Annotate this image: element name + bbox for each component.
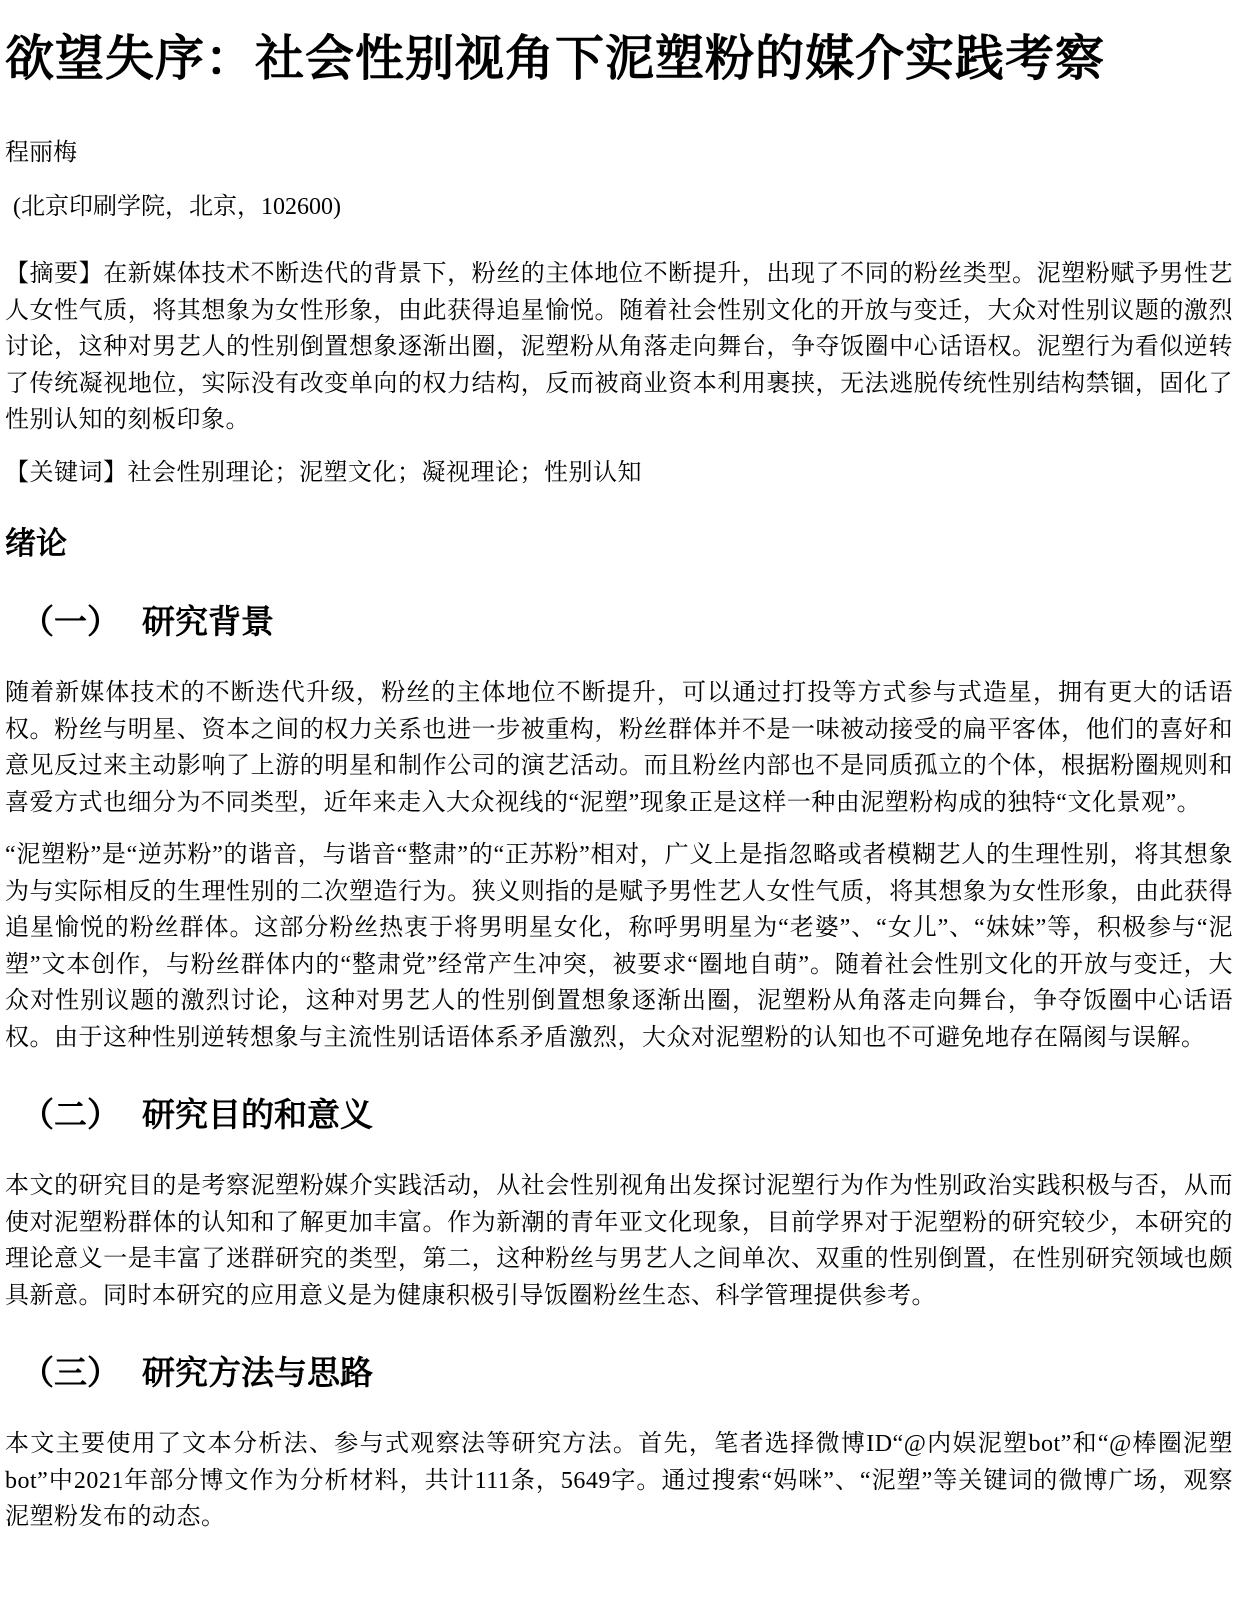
body-paragraph: 本文的研究目的是考察泥塑粉媒介实践活动，从社会性别视角出发探讨泥塑行为作为性别政… [5,1168,1233,1314]
paper-title: 欲望失序：社会性别视角下泥塑粉的媒介实践考察 [5,28,1233,90]
section-heading: （三）研究方法与思路 [5,1350,1233,1396]
section-heading: （一）研究背景 [5,599,1233,645]
section-number: （三） [21,1354,120,1391]
keywords-paragraph: 【关键词】社会性别理论；泥塑文化；凝视理论；性别认知 [5,455,1233,492]
abstract-text: 在新媒体技术不断迭代的背景下，粉丝的主体地位不断提升，出现了不同的粉丝类型。泥塑… [5,261,1233,433]
document-page: 欲望失序：社会性别视角下泥塑粉的媒介实践考察 程丽梅 (北京印刷学院，北京，10… [0,28,1238,1556]
section-title: 研究方法与思路 [142,1354,373,1391]
chapter-heading: 绪论 [5,523,1233,565]
body-paragraph: 本文主要使用了文本分析法、参与式观察法等研究方法。首先，笔者选择微博ID“@内娱… [5,1426,1233,1536]
section-title: 研究目的和意义 [142,1096,373,1133]
abstract-label: 【摘要】 [5,261,103,287]
section-heading: （二）研究目的和意义 [5,1092,1233,1138]
keywords-text: 社会性别理论；泥塑文化；凝视理论；性别认知 [128,460,643,486]
section-number: （一） [21,603,120,640]
body-paragraph: 随着新媒体技术的不断迭代升级，粉丝的主体地位不断提升，可以通过打投等方式参与式造… [5,675,1233,821]
abstract-paragraph: 【摘要】在新媒体技术不断迭代的背景下，粉丝的主体地位不断提升，出现了不同的粉丝类… [5,256,1233,439]
body-paragraph: “泥塑粉”是“逆苏粉”的谐音，与谐音“整肃”的“正苏粉”相对，广义上是指忽略或者… [5,837,1233,1056]
document-body: 绪论（一）研究背景随着新媒体技术的不断迭代升级，粉丝的主体地位不断提升，可以通过… [5,523,1233,1536]
author-affiliation: (北京印刷学院，北京，102600) [5,192,1233,222]
keywords-label: 【关键词】 [5,460,128,486]
author-name: 程丽梅 [5,138,1233,168]
section-title: 研究背景 [142,603,274,640]
section-number: （二） [21,1096,120,1133]
